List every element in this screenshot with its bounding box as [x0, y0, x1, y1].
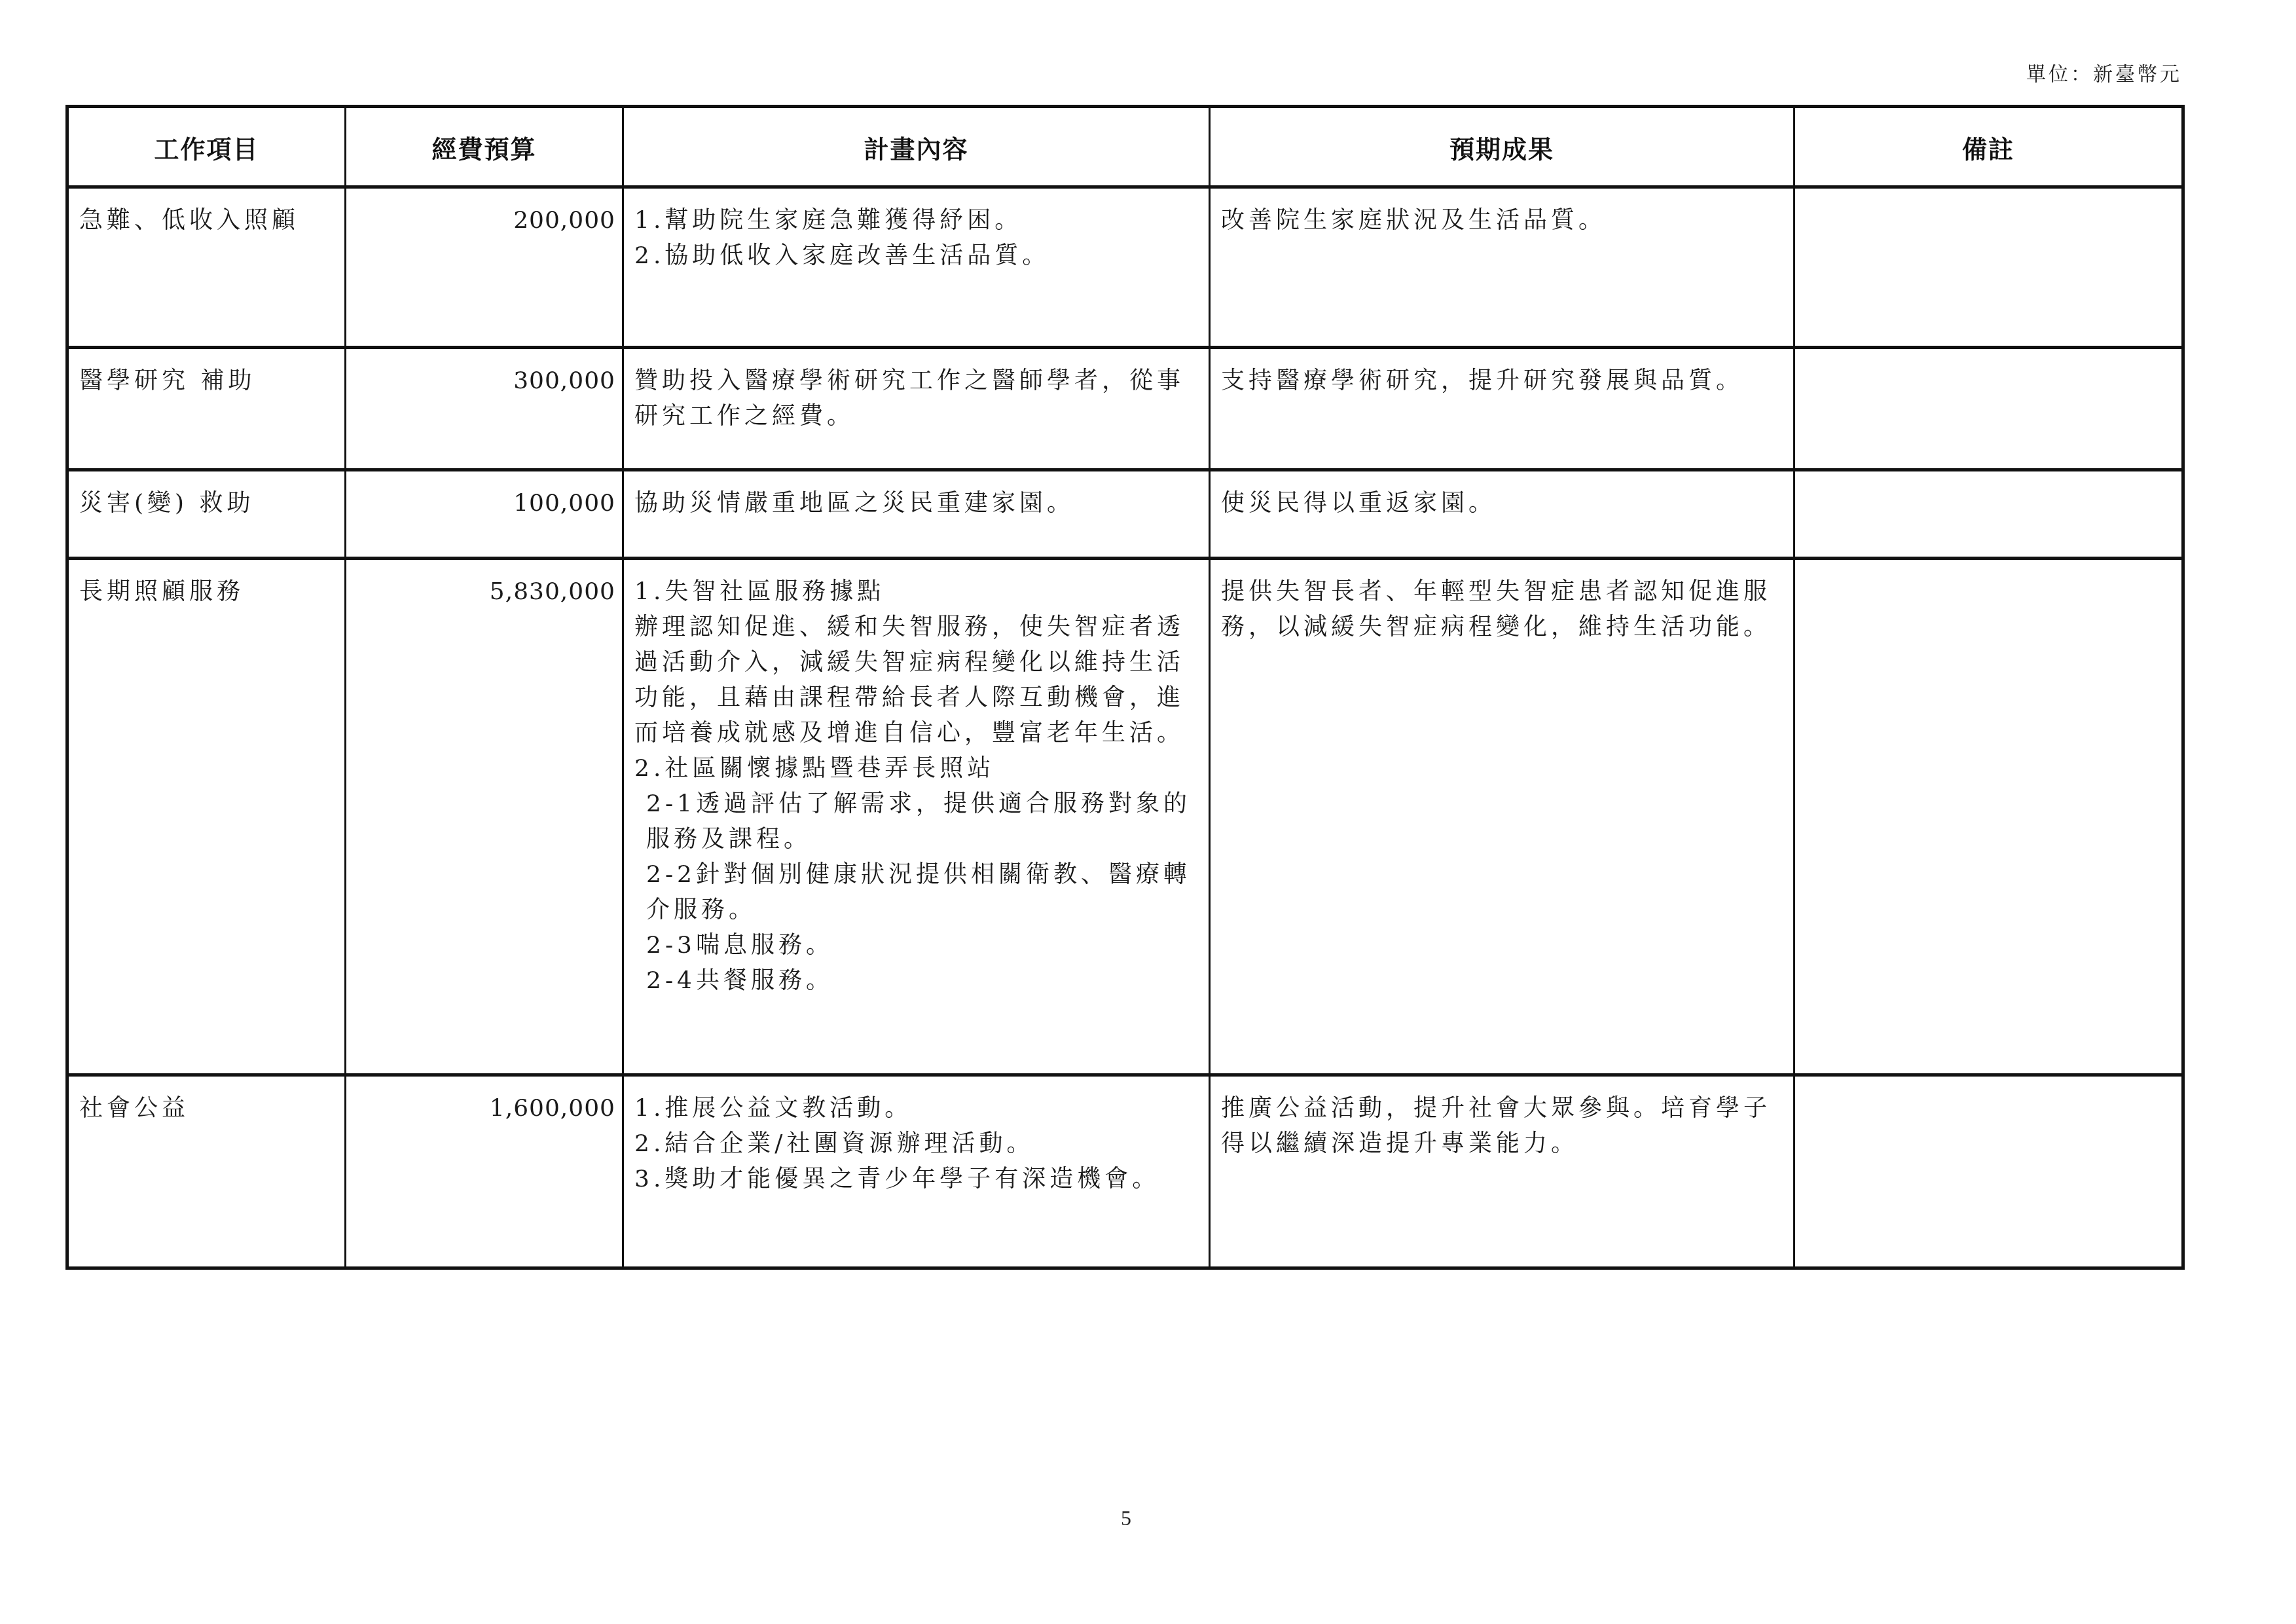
- plan-line: 1.推展公益文教活動。: [634, 1091, 1199, 1126]
- plan-subline: 2-4共餐服務。: [634, 963, 1199, 999]
- outcome-cell: 推廣公益活動，提升社會大眾參與。培育學子得以繼續深造提升專業能力。: [1210, 1075, 1795, 1268]
- plan-cell: 協助災情嚴重地區之災民重建家園。: [623, 470, 1210, 559]
- plan-cell: 贊助投入醫療學術研究工作之醫師學者，從事研究工作之經費。: [623, 348, 1210, 470]
- table-header-row: 工作項目 經費預算 計畫內容 預期成果 備註: [67, 107, 2183, 187]
- outcome-line: 改善院生家庭狀況及生活品質。: [1221, 203, 1784, 238]
- plan-subline: 2-3喘息服務。: [634, 928, 1199, 963]
- plan-line: 2.結合企業/社團資源辦理活動。: [634, 1126, 1199, 1162]
- plan-line: 2.社區關懷據點暨巷弄長照站: [634, 751, 1199, 786]
- header-work-item: 工作項目: [67, 107, 346, 187]
- remark-cell: [1795, 559, 2183, 1075]
- plan-line: 2.協助低收入家庭改善生活品質。: [634, 238, 1199, 274]
- page-number: 5: [1121, 1506, 1131, 1530]
- outcome-cell: 改善院生家庭狀況及生活品質。: [1210, 187, 1795, 348]
- budget-cell: 300,000: [346, 348, 623, 470]
- outcome-line: 使災民得以重返家園。: [1221, 486, 1784, 521]
- budget-cell: 200,000: [346, 187, 623, 348]
- outcome-cell: 使災民得以重返家園。: [1210, 470, 1795, 559]
- plan-cell: 1.推展公益文教活動。 2.結合企業/社團資源辦理活動。 3.獎助才能優異之青少…: [623, 1075, 1210, 1268]
- budget-plan-table: 工作項目 經費預算 計畫內容 預期成果 備註 急難、低收入照顧 200,000 …: [65, 105, 2185, 1270]
- work-item-cell: 災害(變) 救助: [67, 470, 346, 559]
- table-row: 急難、低收入照顧 200,000 1.幫助院生家庭急難獲得紓困。 2.協助低收入…: [67, 187, 2183, 348]
- outcome-line: 推廣公益活動，提升社會大眾參與。培育學子得以繼續深造提升專業能力。: [1221, 1091, 1784, 1162]
- remark-cell: [1795, 187, 2183, 348]
- table-row: 長期照顧服務 5,830,000 1.失智社區服務據點 辦理認知促進、緩和失智服…: [67, 559, 2183, 1075]
- work-item-cell: 急難、低收入照顧: [67, 187, 346, 348]
- plan-line: 贊助投入醫療學術研究工作之醫師學者，從事研究工作之經費。: [634, 363, 1199, 434]
- budget-cell: 5,830,000: [346, 559, 623, 1075]
- remark-cell: [1795, 470, 2183, 559]
- plan-subline: 2-1透過評估了解需求，提供適合服務對象的服務及課程。: [634, 786, 1199, 857]
- table-row: 醫學研究 補助 300,000 贊助投入醫療學術研究工作之醫師學者，從事研究工作…: [67, 348, 2183, 470]
- outcome-line: 提供失智長者、年輕型失智症患者認知促進服務，以減緩失智症病程變化，維持生活功能。: [1221, 574, 1784, 645]
- plan-subline: 2-2針對個別健康狀況提供相關衛教、醫療轉介服務。: [634, 857, 1199, 928]
- plan-cell: 1.失智社區服務據點 辦理認知促進、緩和失智服務，使失智症者透過活動介入，減緩失…: [623, 559, 1210, 1075]
- outcome-cell: 支持醫療學術研究，提升研究發展與品質。: [1210, 348, 1795, 470]
- header-expected-outcome: 預期成果: [1210, 107, 1795, 187]
- plan-line: 1.失智社區服務據點: [634, 574, 1199, 610]
- plan-line: 3.獎助才能優異之青少年學子有深造機會。: [634, 1162, 1199, 1197]
- work-item-cell: 社會公益: [67, 1075, 346, 1268]
- plan-line: 1.幫助院生家庭急難獲得紓困。: [634, 203, 1199, 238]
- plan-line: 辦理認知促進、緩和失智服務，使失智症者透過活動介入，減緩失智症病程變化以維持生活…: [634, 610, 1199, 751]
- outcome-line: 支持醫療學術研究，提升研究發展與品質。: [1221, 363, 1784, 399]
- header-remarks: 備註: [1795, 107, 2183, 187]
- plan-cell: 1.幫助院生家庭急難獲得紓困。 2.協助低收入家庭改善生活品質。: [623, 187, 1210, 348]
- outcome-cell: 提供失智長者、年輕型失智症患者認知促進服務，以減緩失智症病程變化，維持生活功能。: [1210, 559, 1795, 1075]
- plan-line: 協助災情嚴重地區之災民重建家園。: [634, 486, 1199, 521]
- budget-cell: 100,000: [346, 470, 623, 559]
- header-budget: 經費預算: [346, 107, 623, 187]
- header-plan-content: 計畫內容: [623, 107, 1210, 187]
- remark-cell: [1795, 348, 2183, 470]
- remark-cell: [1795, 1075, 2183, 1268]
- budget-cell: 1,600,000: [346, 1075, 623, 1268]
- unit-label: 單位：新臺幣元: [2026, 58, 2182, 86]
- table-row: 社會公益 1,600,000 1.推展公益文教活動。 2.結合企業/社團資源辦理…: [67, 1075, 2183, 1268]
- work-item-cell: 醫學研究 補助: [67, 348, 346, 470]
- work-item-cell: 長期照顧服務: [67, 559, 346, 1075]
- table-row: 災害(變) 救助 100,000 協助災情嚴重地區之災民重建家園。 使災民得以重…: [67, 470, 2183, 559]
